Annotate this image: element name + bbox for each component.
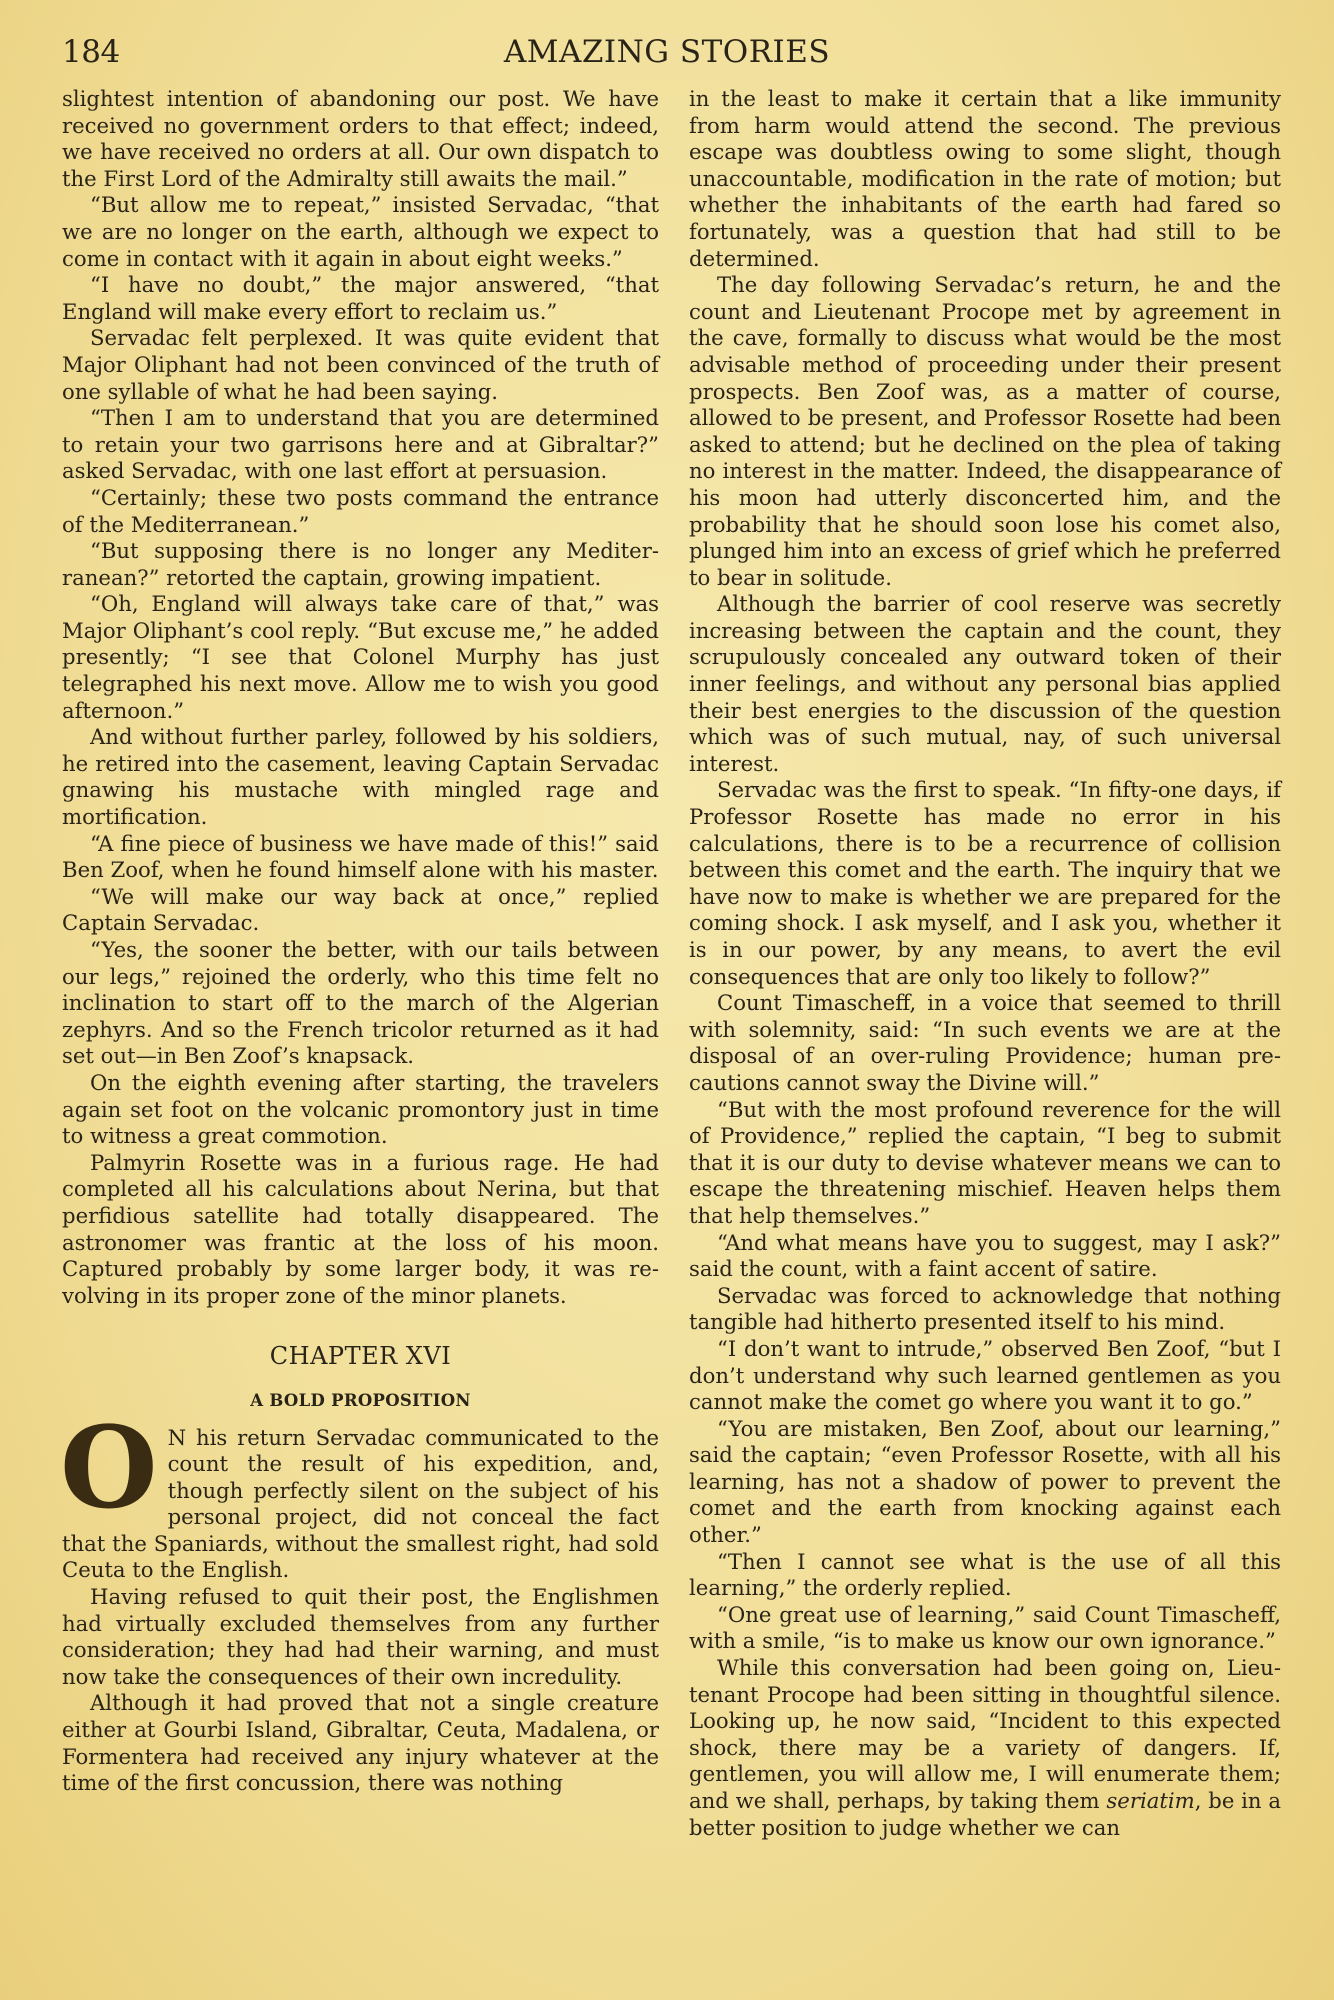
- magazine-title: AMAZING STORIES: [62, 34, 1272, 70]
- paragraph: “And what means have you to suggest, may…: [689, 1230, 1281, 1283]
- paragraph: “Then I am to understand that you are de…: [62, 405, 659, 485]
- paragraph: “But with the most profound reverence fo…: [689, 1097, 1281, 1230]
- paragraph: in the least to make it certain that a l…: [689, 86, 1281, 272]
- right-column: in the least to make it certain that a l…: [689, 86, 1281, 1841]
- italic-term: seriatim: [1106, 1788, 1194, 1813]
- paragraph: “But supposing there is no longer any Me…: [62, 538, 659, 591]
- paragraph: “Oh, England will always take care of th…: [62, 591, 659, 724]
- paragraph: The day following Servadac’s return, he …: [689, 272, 1281, 591]
- paragraph: Although it had proved that not a single…: [62, 1690, 659, 1796]
- paragraph: Having refused to quit their post, the E…: [62, 1584, 659, 1690]
- paragraph: Servadac was forced to acknowledge that …: [689, 1283, 1281, 1336]
- paragraph: “But allow me to repeat,” insisted Serva…: [62, 192, 659, 272]
- paragraph: Count Timascheff, in a voice that seemed…: [689, 990, 1281, 1096]
- paragraph: “One great use of learning,” said Count …: [689, 1602, 1281, 1655]
- chapter-title: CHAPTER XVI: [62, 1343, 659, 1370]
- paragraph: “You are mistaken, Ben Zoof, about our l…: [689, 1416, 1281, 1549]
- paragraph: And without further parley, followed by …: [62, 724, 659, 830]
- paragraph: slightest intention of abandoning our po…: [62, 86, 659, 192]
- paragraph: “I don’t want to intrude,” observed Ben …: [689, 1336, 1281, 1416]
- paragraph: “We will make our way back at once,” rep…: [62, 884, 659, 937]
- paragraph: “Then I cannot see what is the use of al…: [689, 1549, 1281, 1602]
- drop-cap: O: [60, 1429, 158, 1509]
- paragraph: Servadac was the first to speak. “In fif…: [689, 777, 1281, 990]
- left-column: slightest intention of abandoning our po…: [62, 86, 659, 1797]
- paragraph: While this conversation had been going o…: [689, 1655, 1281, 1841]
- first-word-rest: N: [168, 1425, 187, 1450]
- paragraph: “A fine piece of business we have made o…: [62, 831, 659, 884]
- paragraph: On the eighth evening after starting, th…: [62, 1070, 659, 1150]
- paragraph: Although the barrier of cool reserve was…: [689, 591, 1281, 777]
- page-header: 184 AMAZING STORIES: [62, 34, 1272, 74]
- paragraph: Servadac felt perplexed. It was quite ev…: [62, 325, 659, 405]
- paragraph: Palmyrin Rosette was in a furious rage. …: [62, 1150, 659, 1310]
- chapter-opening-paragraph: ON his return Servadac communicated to t…: [62, 1425, 659, 1585]
- paragraph: “Yes, the sooner the better, with our ta…: [62, 937, 659, 1070]
- paragraph: “I have no doubt,” the major answered, “…: [62, 272, 659, 325]
- paragraph: “Certainly; these two posts command the …: [62, 485, 659, 538]
